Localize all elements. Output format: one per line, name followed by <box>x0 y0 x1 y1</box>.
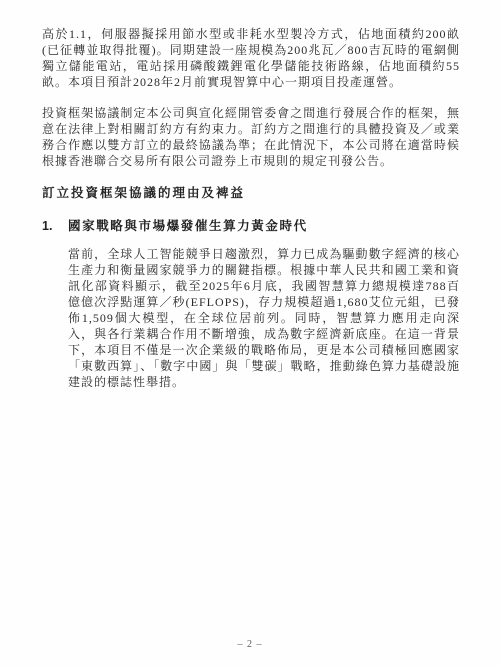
item-title-national-strategy: 國家戰略與市場爆發催生算力黃金時代 <box>68 218 308 234</box>
document-page: 高於1.1，伺服器擬採用節水型或非耗水型製冷方式，佔地面積約200畝(已征轉並取… <box>0 0 500 666</box>
numbered-item-row: 1. 國家戰略與市場爆發催生算力黃金時代 <box>42 218 460 234</box>
item-body-paragraph: 當前，全球人工智能競爭日趨激烈，算力已成為驅動數字經濟的核心生產力和衡量國家競爭… <box>68 246 460 390</box>
paragraph-framework-agreement: 投資框架協議制定本公司與宣化經開管委會之間進行發展合作的框架，無意在法律上對相關… <box>42 105 460 169</box>
paragraph-datacenter-specs: 高於1.1，伺服器擬採用節水型或非耗水型製冷方式，佔地面積約200畝(已征轉並取… <box>42 26 460 90</box>
page-number: – 2 – <box>0 639 500 650</box>
section-heading-reasons-benefits: 訂立投資框架協議的理由及裨益 <box>42 185 460 201</box>
item-number: 1. <box>42 219 68 233</box>
